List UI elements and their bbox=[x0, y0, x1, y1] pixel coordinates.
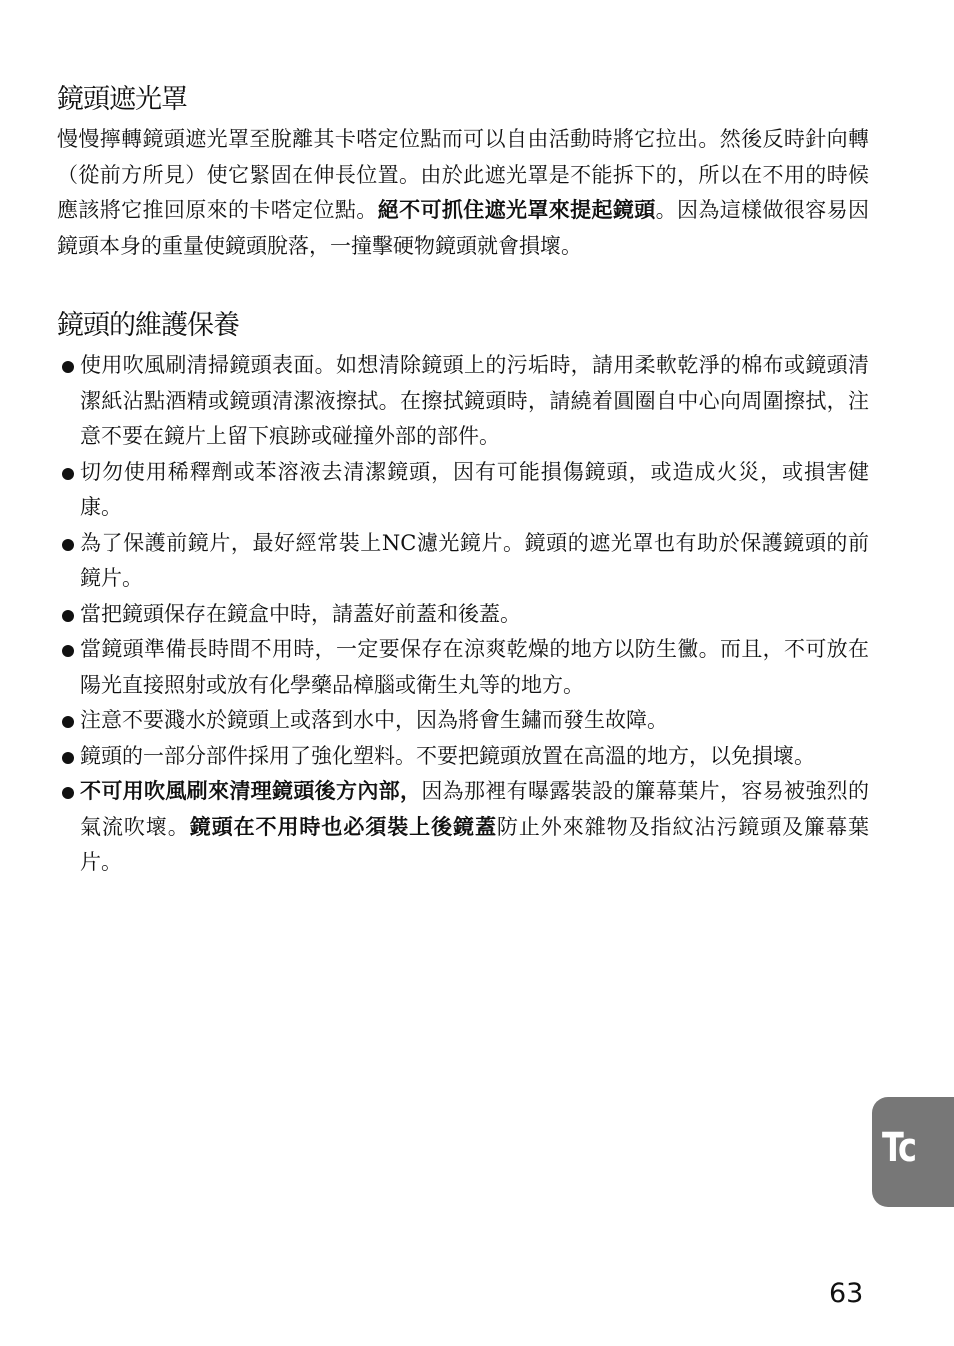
list-item-text: 鏡頭的一部分部件採用了強化塑料。不要把鏡頭放置在高溫的地方，以免損壞。 bbox=[80, 744, 815, 768]
bullet-icon bbox=[62, 361, 74, 373]
bullet-icon bbox=[62, 610, 74, 622]
lens-hood-paragraph: 慢慢擰轉鏡頭遮光罩至脫離其卡嗒定位點而可以自由活動時將它拉出。然後反時針向轉（從… bbox=[57, 122, 869, 264]
bullet-icon bbox=[62, 716, 74, 728]
bullet-icon bbox=[62, 752, 74, 764]
list-item-text: 當把鏡頭保存在鏡盒中時，請蓋好前蓋和後蓋。 bbox=[80, 602, 521, 626]
bullet-icon bbox=[62, 645, 74, 657]
list-item: 切勿使用稀釋劑或苯溶液去清潔鏡頭，因有可能損傷鏡頭，或造成火災，或損害健康。 bbox=[57, 455, 869, 526]
list-item-text: 注意不要濺水於鏡頭上或落到水中，因為將會生鏽而發生故障。 bbox=[80, 708, 668, 732]
list-item: 當把鏡頭保存在鏡盒中時，請蓋好前蓋和後蓋。 bbox=[57, 597, 869, 633]
warning-bold-text: 鏡頭在不用時也必須裝上後鏡蓋 bbox=[190, 815, 497, 839]
list-item: 鏡頭的一部分部件採用了強化塑料。不要把鏡頭放置在高溫的地方，以免損壞。 bbox=[57, 739, 869, 775]
section-heading-lens-hood: 鏡頭遮光罩 bbox=[57, 82, 869, 118]
lens-hood-section: 鏡頭遮光罩 慢慢擰轉鏡頭遮光罩至脫離其卡嗒定位點而可以自由活動時將它拉出。然後反… bbox=[57, 82, 869, 264]
list-item: 不可用吹風刷來清理鏡頭後方內部，因為那裡有曝露裝設的簾幕葉片，容易被強烈的氣流吹… bbox=[57, 774, 869, 881]
language-tab-label: Tc bbox=[882, 1125, 915, 1171]
warning-bold-text: 不可用吹風刷來清理鏡頭後方內部， bbox=[80, 779, 421, 803]
warning-bold-text: 絕不可抓住遮光罩來提起鏡頭 bbox=[378, 198, 656, 222]
list-item-text: 為了保護前鏡片，最好經常裝上NC濾光鏡片。鏡頭的遮光罩也有助於保護鏡頭的前鏡片。 bbox=[80, 531, 869, 591]
language-side-tab: Tc bbox=[872, 1097, 954, 1207]
page-content: 鏡頭遮光罩 慢慢擰轉鏡頭遮光罩至脫離其卡嗒定位點而可以自由活動時將它拉出。然後反… bbox=[57, 82, 869, 881]
list-item: 為了保護前鏡片，最好經常裝上NC濾光鏡片。鏡頭的遮光罩也有助於保護鏡頭的前鏡片。 bbox=[57, 526, 869, 597]
list-item-text: 當鏡頭準備長時間不用時，一定要保存在涼爽乾燥的地方以防生黴。而且，不可放在陽光直… bbox=[80, 637, 869, 697]
list-item: 注意不要濺水於鏡頭上或落到水中，因為將會生鏽而發生故障。 bbox=[57, 703, 869, 739]
list-item-text: 使用吹風刷清掃鏡頭表面。如想清除鏡頭上的污垢時，請用柔軟乾淨的棉布或鏡頭清潔紙沾… bbox=[80, 353, 869, 448]
list-item-text: 切勿使用稀釋劑或苯溶液去清潔鏡頭，因有可能損傷鏡頭，或造成火災，或損害健康。 bbox=[80, 460, 869, 520]
bullet-icon bbox=[62, 539, 74, 551]
list-item: 當鏡頭準備長時間不用時，一定要保存在涼爽乾燥的地方以防生黴。而且，不可放在陽光直… bbox=[57, 632, 869, 703]
lens-care-section: 鏡頭的維護保養 使用吹風刷清掃鏡頭表面。如想清除鏡頭上的污垢時，請用柔軟乾淨的棉… bbox=[57, 308, 869, 881]
list-item: 使用吹風刷清掃鏡頭表面。如想清除鏡頭上的污垢時，請用柔軟乾淨的棉布或鏡頭清潔紙沾… bbox=[57, 348, 869, 455]
section-heading-lens-care: 鏡頭的維護保養 bbox=[57, 308, 869, 344]
bullet-icon bbox=[62, 468, 74, 480]
bullet-icon bbox=[62, 787, 74, 799]
page-number: 63 bbox=[829, 1278, 863, 1309]
care-list: 使用吹風刷清掃鏡頭表面。如想清除鏡頭上的污垢時，請用柔軟乾淨的棉布或鏡頭清潔紙沾… bbox=[57, 348, 869, 881]
